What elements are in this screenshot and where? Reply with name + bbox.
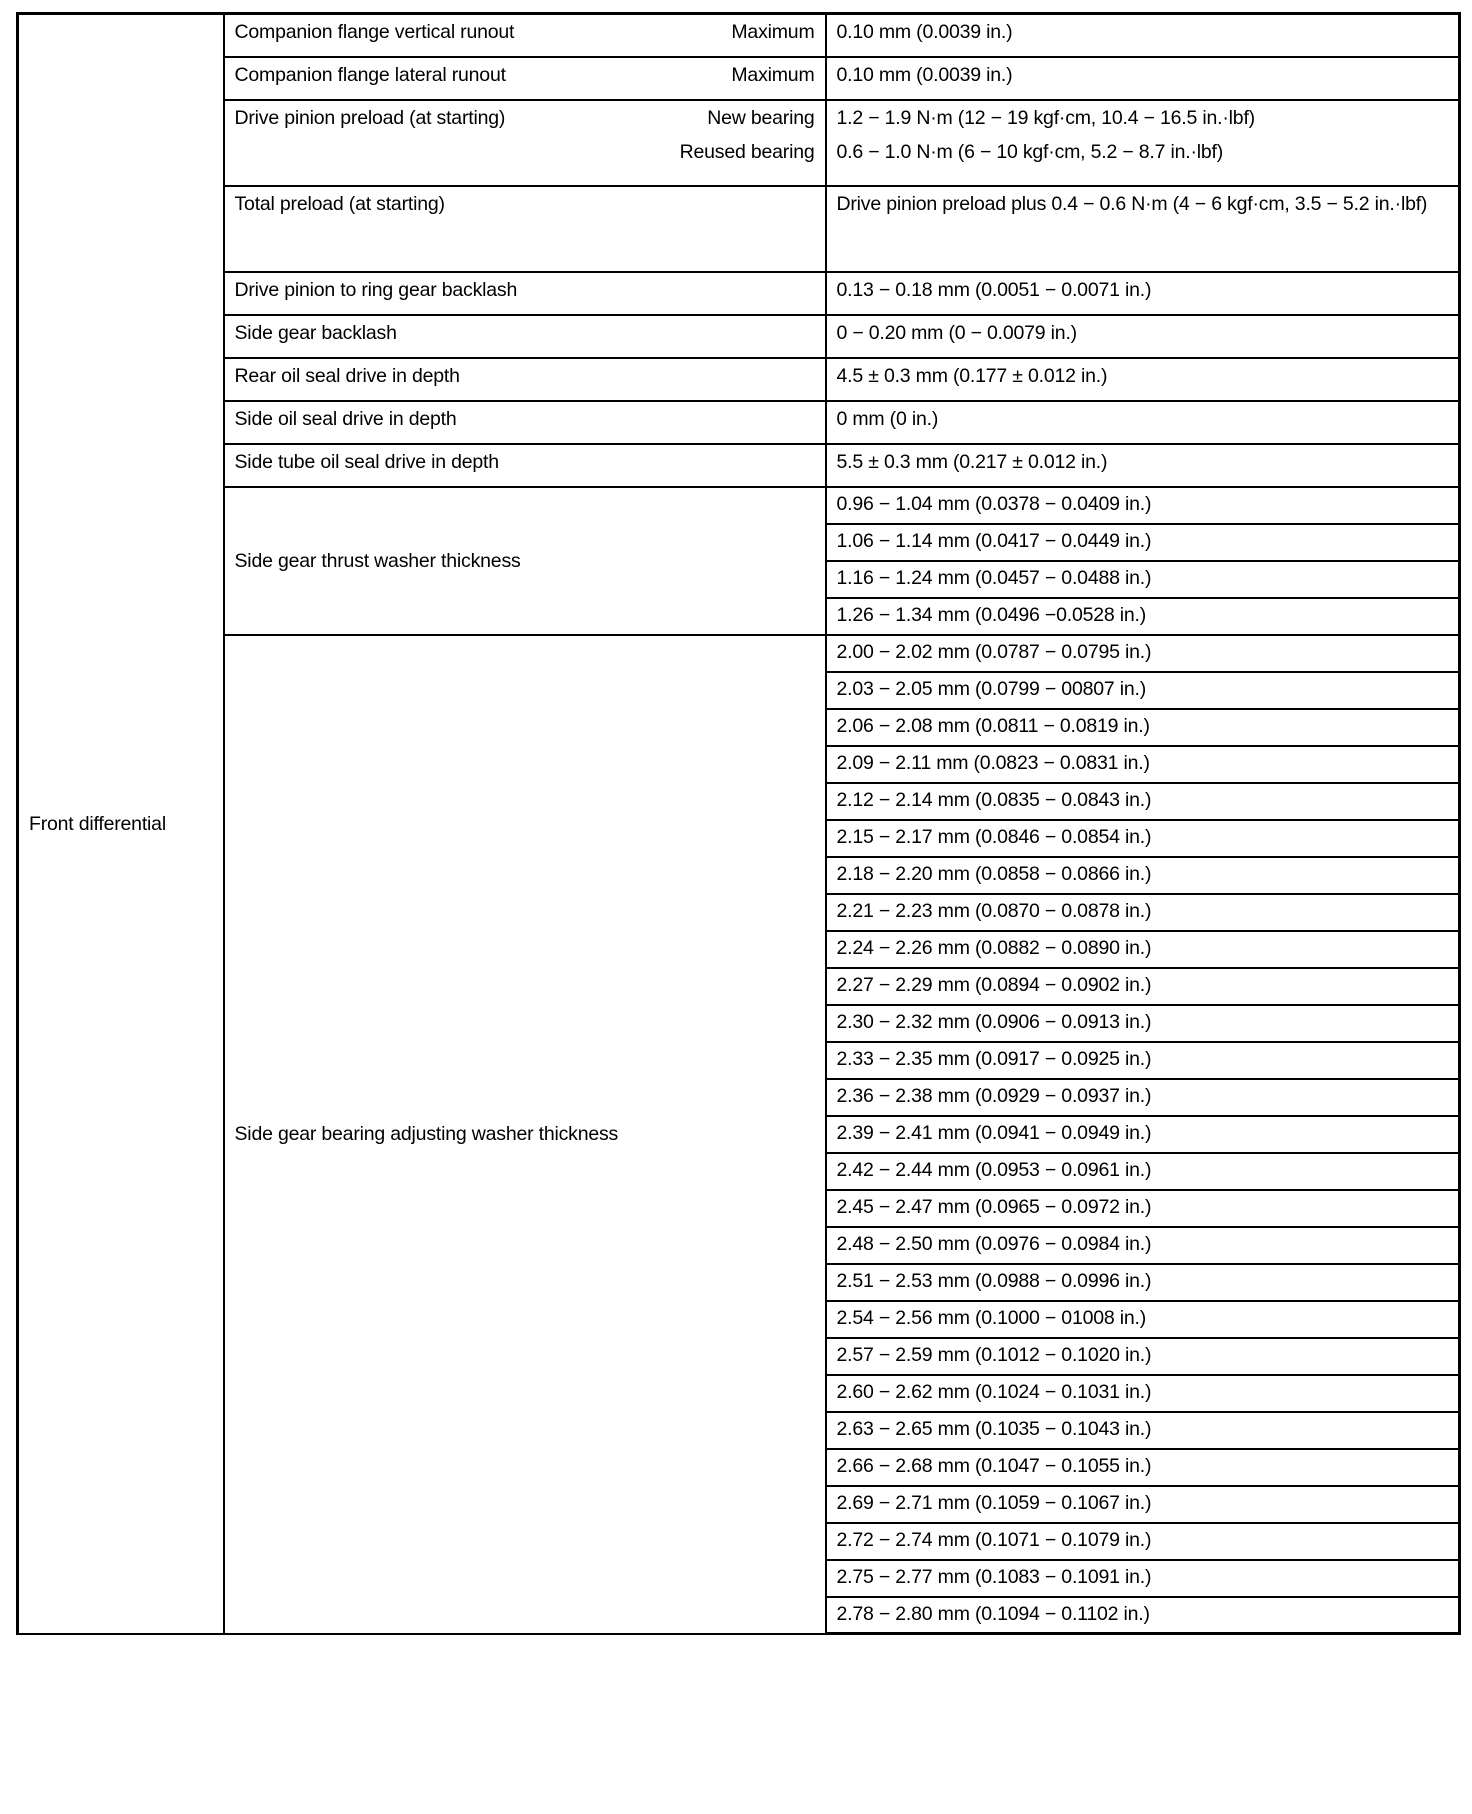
spec-row: Side gear bearing adjusting washer thick… [18,635,1460,672]
spec-value: 2.03 − 2.05 mm (0.0799 − 00807 in.) [826,672,1460,709]
spec-value: 2.48 − 2.50 mm (0.0976 − 0.0984 in.) [826,1227,1460,1264]
spec-item-cell: Side tube oil seal drive in depth [224,444,826,487]
spec-value: 2.69 − 2.71 mm (0.1059 − 0.1067 in.) [826,1486,1460,1523]
spec-value: 2.09 − 2.11 mm (0.0823 − 0.0831 in.) [826,746,1460,783]
spec-value: 2.27 − 2.29 mm (0.0894 − 0.0902 in.) [826,968,1460,1005]
spec-row: Side gear thrust washer thickness0.96 − … [18,487,1460,524]
section-label: Front differential [18,14,224,1634]
spec-value-cell: 0.10 mm (0.0039 in.) [826,14,1460,57]
spec-value: 5.5 ± 0.3 mm (0.217 ± 0.012 in.) [837,445,1449,479]
spec-item-cell: Companion flange vertical runoutMaximum [224,14,826,57]
spec-value: 0 mm (0 in.) [837,402,1449,436]
spec-item-cell: Rear oil seal drive in depth [224,358,826,401]
spec-value-cell: 4.5 ± 0.3 mm (0.177 ± 0.012 in.) [826,358,1460,401]
spec-value: 0.10 mm (0.0039 in.) [837,15,1449,49]
spec-value: 2.24 − 2.26 mm (0.0882 − 0.0890 in.) [826,931,1460,968]
spec-value: 0 − 0.20 mm (0 − 0.0079 in.) [837,316,1449,350]
spec-value: 2.57 − 2.59 mm (0.1012 − 0.1020 in.) [826,1338,1460,1375]
spec-value-cell: 5.5 ± 0.3 mm (0.217 ± 0.012 in.) [826,444,1460,487]
spec-value: 2.63 − 2.65 mm (0.1035 − 0.1043 in.) [826,1412,1460,1449]
spec-value: 1.06 − 1.14 mm (0.0417 − 0.0449 in.) [826,524,1460,561]
spec-table-body: Front differentialCompanion flange verti… [18,14,1460,1634]
spec-value: 2.54 − 2.56 mm (0.1000 − 01008 in.) [826,1301,1460,1338]
spec-item-label: Drive pinion to ring gear backlash [235,273,518,307]
spec-condition: Maximum [731,58,814,92]
spec-value: 2.30 − 2.32 mm (0.0906 − 0.0913 in.) [826,1005,1460,1042]
spec-row: Side oil seal drive in depth0 mm (0 in.) [18,401,1460,444]
spec-condition: Reused bearing [680,135,815,169]
spec-value: 2.06 − 2.08 mm (0.0811 − 0.0819 in.) [826,709,1460,746]
spec-item-label: Companion flange lateral runout [235,58,506,92]
spec-item-label: Drive pinion preload (at starting) [235,101,506,169]
spec-value: 2.39 − 2.41 mm (0.0941 − 0.0949 in.) [826,1116,1460,1153]
spec-item-cell: Companion flange lateral runoutMaximum [224,57,826,100]
spec-item-wrap: Side oil seal drive in depth [235,402,815,436]
spec-item-wrap: Total preload (at starting) [235,187,815,221]
spec-value: 4.5 ± 0.3 mm (0.177 ± 0.012 in.) [837,359,1449,393]
spec-value: 2.45 − 2.47 mm (0.0965 − 0.0972 in.) [826,1190,1460,1227]
spec-value: 1.26 − 1.34 mm (0.0496 −0.0528 in.) [826,598,1460,635]
spec-item-cell: Side oil seal drive in depth [224,401,826,444]
spec-value: 2.51 − 2.53 mm (0.0988 − 0.0996 in.) [826,1264,1460,1301]
spec-value: 2.66 − 2.68 mm (0.1047 − 0.1055 in.) [826,1449,1460,1486]
spec-value-cell: 0.10 mm (0.0039 in.) [826,57,1460,100]
spec-conditions: Maximum [731,15,814,49]
spec-value: 1.2 − 1.9 N·m (12 − 19 kgf·cm, 10.4 − 16… [837,101,1449,135]
spec-value: 2.12 − 2.14 mm (0.0835 − 0.0843 in.) [826,783,1460,820]
spec-value-cell: 0 mm (0 in.) [826,401,1460,444]
spec-value: Drive pinion preload plus 0.4 − 0.6 N·m … [837,187,1449,221]
spec-value-cell: 1.2 − 1.9 N·m (12 − 19 kgf·cm, 10.4 − 16… [826,100,1460,186]
spec-item-wrap: Companion flange lateral runoutMaximum [235,58,815,92]
spec-item-wrap: Side gear backlash [235,316,815,350]
spec-value-cell: 0.13 − 0.18 mm (0.0051 − 0.0071 in.) [826,272,1460,315]
spec-value: 0.13 − 0.18 mm (0.0051 − 0.0071 in.) [837,273,1449,307]
spec-item-wrap: Companion flange vertical runoutMaximum [235,15,815,49]
spec-value: 2.00 − 2.02 mm (0.0787 − 0.0795 in.) [826,635,1460,672]
spec-row: Front differentialCompanion flange verti… [18,14,1460,57]
spec-value: 0.10 mm (0.0039 in.) [837,58,1449,92]
spec-value-cell: Drive pinion preload plus 0.4 − 0.6 N·m … [826,186,1460,272]
spec-row: Total preload (at starting)Drive pinion … [18,186,1460,272]
spec-row: Companion flange lateral runoutMaximum0.… [18,57,1460,100]
spec-item-wrap: Drive pinion to ring gear backlash [235,273,815,307]
spec-conditions: New bearingReused bearing [680,101,815,169]
spec-value-cell: 0 − 0.20 mm (0 − 0.0079 in.) [826,315,1460,358]
spec-row: Side gear backlash0 − 0.20 mm (0 − 0.007… [18,315,1460,358]
spec-item-label: Side oil seal drive in depth [235,402,457,436]
spec-item-label: Rear oil seal drive in depth [235,359,460,393]
spec-value: 2.33 − 2.35 mm (0.0917 − 0.0925 in.) [826,1042,1460,1079]
spec-value: 2.78 − 2.80 mm (0.1094 − 0.1102 in.) [826,1597,1460,1634]
spec-value: 2.18 − 2.20 mm (0.0858 − 0.0866 in.) [826,857,1460,894]
spec-value: 2.60 − 2.62 mm (0.1024 − 0.1031 in.) [826,1375,1460,1412]
spec-item-wrap: Side tube oil seal drive in depth [235,445,815,479]
spec-item-wrap: Rear oil seal drive in depth [235,359,815,393]
spec-value: 2.75 − 2.77 mm (0.1083 − 0.1091 in.) [826,1560,1460,1597]
spec-item-label: Side gear bearing adjusting washer thick… [224,635,826,1634]
spec-row: Drive pinion to ring gear backlash0.13 −… [18,272,1460,315]
spec-value: 2.21 − 2.23 mm (0.0870 − 0.0878 in.) [826,894,1460,931]
spec-item-cell: Total preload (at starting) [224,186,826,272]
spec-item-cell: Drive pinion preload (at starting)New be… [224,100,826,186]
spec-item-label: Side gear thrust washer thickness [224,487,826,635]
spec-value: 2.72 − 2.74 mm (0.1071 − 0.1079 in.) [826,1523,1460,1560]
spec-item-label: Side tube oil seal drive in depth [235,445,499,479]
spec-item-label: Side gear backlash [235,316,397,350]
spec-value: 0.96 − 1.04 mm (0.0378 − 0.0409 in.) [826,487,1460,524]
spec-item-label: Companion flange vertical runout [235,15,515,49]
spec-item-cell: Drive pinion to ring gear backlash [224,272,826,315]
spec-value: 2.36 − 2.38 mm (0.0929 − 0.0937 in.) [826,1079,1460,1116]
spec-item-wrap: Drive pinion preload (at starting)New be… [235,101,815,169]
spec-row: Drive pinion preload (at starting)New be… [18,100,1460,186]
spec-value: 1.16 − 1.24 mm (0.0457 − 0.0488 in.) [826,561,1460,598]
spec-table: Front differentialCompanion flange verti… [16,12,1461,1635]
spec-row: Rear oil seal drive in depth4.5 ± 0.3 mm… [18,358,1460,401]
spec-value: 2.15 − 2.17 mm (0.0846 − 0.0854 in.) [826,820,1460,857]
spec-condition: New bearing [680,101,815,135]
spec-value: 0.6 − 1.0 N·m (6 − 10 kgf·cm, 5.2 − 8.7 … [837,135,1449,169]
spec-row: Side tube oil seal drive in depth5.5 ± 0… [18,444,1460,487]
spec-value: 2.42 − 2.44 mm (0.0953 − 0.0961 in.) [826,1153,1460,1190]
spec-condition: Maximum [731,15,814,49]
spec-item-cell: Side gear backlash [224,315,826,358]
spec-conditions: Maximum [731,58,814,92]
spec-item-label: Total preload (at starting) [235,187,445,221]
